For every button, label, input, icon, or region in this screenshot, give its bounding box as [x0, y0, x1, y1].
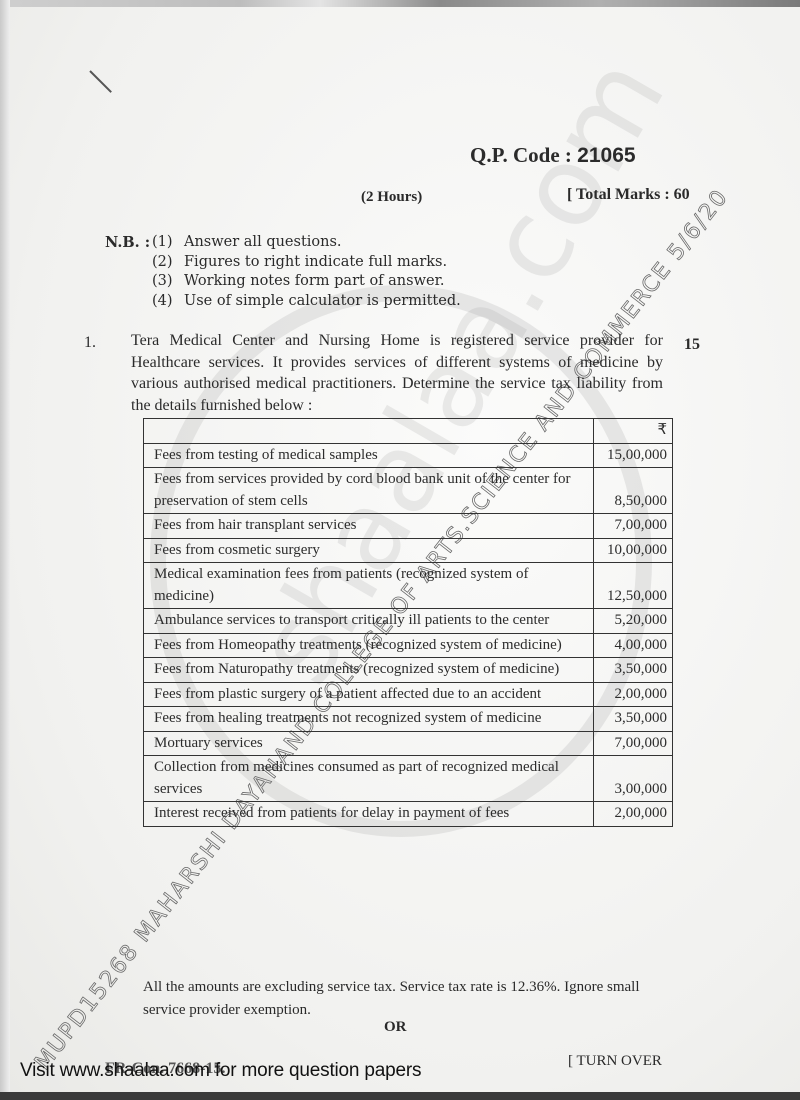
fee-description: Fees from testing of medical samples — [144, 443, 594, 468]
table-row: Fees from cosmetic surgery10,00,000 — [144, 538, 673, 563]
instruction-text: Use of simple calculator is permitted. — [184, 293, 461, 309]
qp-code: Q.P. Code : 21065 — [470, 143, 636, 168]
fee-amount: 2,00,000 — [594, 802, 673, 827]
fee-description: Fees from Naturopathy treatments (recogn… — [144, 658, 594, 683]
instructions-label: N.B. : — [105, 233, 150, 253]
instruction-item: (3)Working notes form part of answer. — [152, 272, 461, 292]
instruction-text: Figures to right indicate full marks. — [184, 254, 447, 270]
fee-description: Medical examination fees from patients (… — [144, 563, 594, 609]
scan-edge-top — [0, 0, 800, 7]
exam-duration: (2 Hours) — [361, 189, 422, 206]
table-row: Fees from Homeopathy treatments (recogni… — [144, 633, 673, 658]
table-row: Mortuary services7,00,000 — [144, 731, 673, 756]
fee-description: Ambulance services to transport critical… — [144, 609, 594, 634]
fee-amount: 3,50,000 — [594, 658, 673, 683]
fee-description: Fees from healing treatments not recogni… — [144, 707, 594, 732]
instruction-text: Answer all questions. — [184, 234, 342, 250]
instruction-item: (1)Answer all questions. — [152, 233, 461, 253]
table-row: Fees from Naturopathy treatments (recogn… — [144, 658, 673, 683]
table-row: Fees from testing of medical samples15,0… — [144, 443, 673, 468]
fee-description: Fees from hair transplant services — [144, 514, 594, 539]
fee-amount: 15,00,000 — [594, 443, 673, 468]
fee-amount: 3,50,000 — [594, 707, 673, 732]
currency-header: ₹ — [594, 419, 673, 444]
table-row: Fees from healing treatments not recogni… — [144, 707, 673, 732]
qp-code-value: 21065 — [577, 144, 635, 167]
table-row: Interest received from patients for dela… — [144, 802, 673, 827]
table-row: Collection from medicines consumed as pa… — [144, 756, 673, 802]
question-note: All the amounts are excluding service ta… — [143, 976, 683, 1022]
qp-code-label: Q.P. Code : — [470, 143, 572, 167]
turn-over: [ TURN OVER — [568, 1053, 662, 1070]
instructions-list: (1)Answer all questions.(2)Figures to ri… — [105, 233, 461, 311]
question-text: Tera Medical Center and Nursing Home is … — [131, 330, 663, 416]
question-number: 1. — [84, 334, 96, 352]
fee-amount: 7,00,000 — [594, 731, 673, 756]
fee-amount: 4,00,000 — [594, 633, 673, 658]
fee-description: Collection from medicines consumed as pa… — [144, 756, 594, 802]
scan-edge-left — [0, 0, 10, 1100]
fee-description: Interest received from patients for dela… — [144, 802, 594, 827]
or-separator: OR — [384, 1019, 407, 1036]
shaalaa-banner: Visit www.shaalaa.com for more question … — [20, 1060, 421, 1082]
fee-amount: 2,00,000 — [594, 682, 673, 707]
fee-amount: 7,00,000 — [594, 514, 673, 539]
instruction-text: Working notes form part of answer. — [184, 273, 445, 289]
total-marks: [ Total Marks : 60 — [567, 186, 690, 204]
instruction-number: (2) — [152, 253, 184, 273]
table-row: Fees from services provided by cord bloo… — [144, 468, 673, 514]
fee-amount: 8,50,000 — [594, 468, 673, 514]
instruction-item: (2)Figures to right indicate full marks. — [152, 253, 461, 273]
table-header-description — [144, 419, 594, 444]
fee-description: Fees from cosmetic surgery — [144, 538, 594, 563]
table-row: Fees from hair transplant services7,00,0… — [144, 514, 673, 539]
instruction-item: (4)Use of simple calculator is permitted… — [152, 292, 461, 312]
instruction-number: (1) — [152, 233, 184, 253]
fee-amount: 3,00,000 — [594, 756, 673, 802]
fee-amount: 12,50,000 — [594, 563, 673, 609]
fee-description: Fees from services provided by cord bloo… — [144, 468, 594, 514]
instruction-number: (3) — [152, 272, 184, 292]
table-row: Medical examination fees from patients (… — [144, 563, 673, 609]
fee-description: Fees from Homeopathy treatments (recogni… — [144, 633, 594, 658]
fee-description: Fees from plastic surgery of a patient a… — [144, 682, 594, 707]
table-header-row: ₹ — [144, 419, 673, 444]
service-fees-table: ₹ Fees from testing of medical samples15… — [143, 418, 673, 827]
table-row: Fees from plastic surgery of a patient a… — [144, 682, 673, 707]
question-marks: 15 — [684, 336, 700, 354]
fee-description: Mortuary services — [144, 731, 594, 756]
fee-amount: 10,00,000 — [594, 538, 673, 563]
scan-edge-bottom — [0, 1092, 800, 1100]
fee-amount: 5,20,000 — [594, 609, 673, 634]
instructions: N.B. : (1)Answer all questions.(2)Figure… — [105, 233, 461, 311]
table-row: Ambulance services to transport critical… — [144, 609, 673, 634]
instruction-number: (4) — [152, 292, 184, 312]
